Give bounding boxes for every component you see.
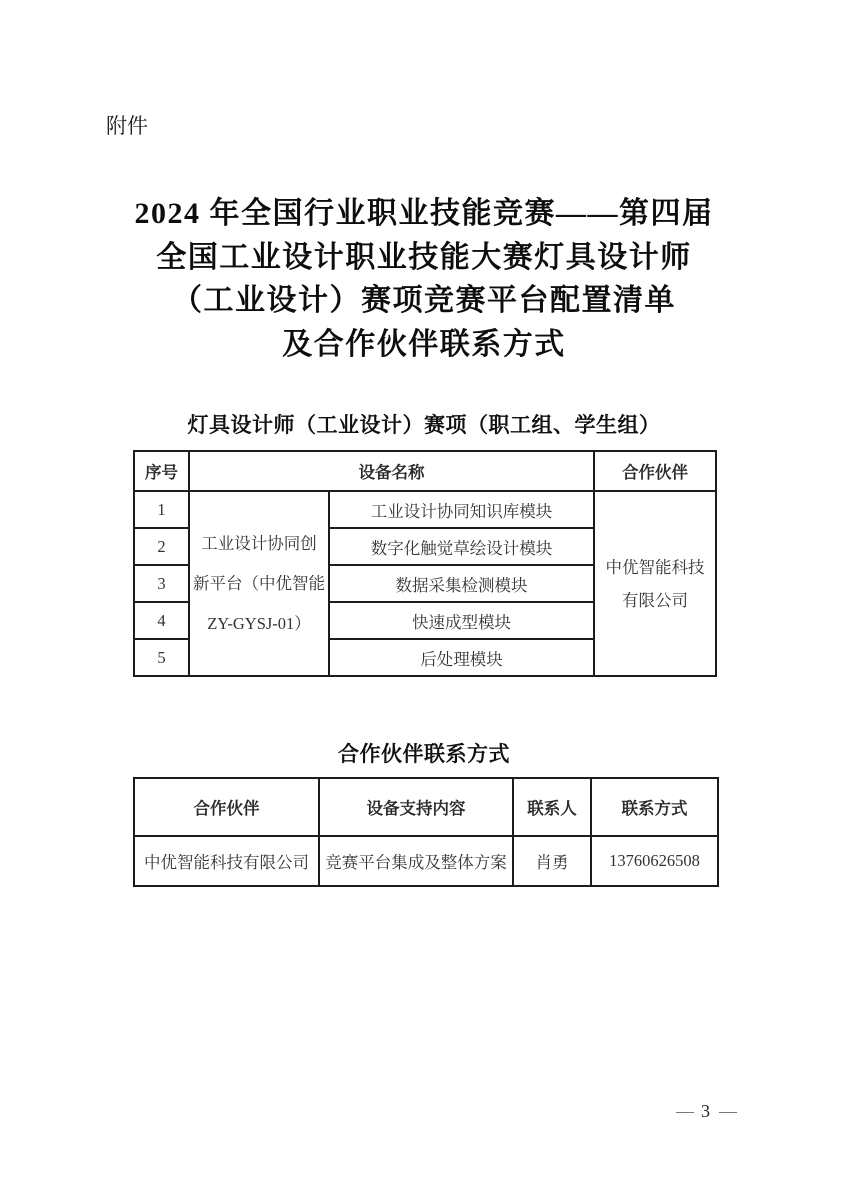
module-cell: 数据采集检测模块 [329, 565, 594, 602]
contact-person-cell: 肖勇 [513, 836, 591, 886]
header-cell-contact-person: 联系人 [513, 778, 591, 836]
contact-table-caption: 合作伙伴联系方式 [0, 738, 848, 768]
support-content-cell: 竞赛平台集成及整体方案 [319, 836, 513, 886]
attachment-label: 附件 [106, 110, 148, 140]
module-cell: 数字化触觉草绘设计模块 [329, 528, 594, 565]
equipment-table-header-row: 序号 设备名称 合作伙伴 [134, 451, 716, 491]
row-number-cell: 3 [134, 565, 189, 602]
page-number-left-dash: — [676, 1101, 692, 1122]
platform-line-1: 工业设计协同创 [192, 524, 326, 564]
partner-line-2: 有限公司 [597, 584, 713, 617]
header-cell-support: 设备支持内容 [319, 778, 513, 836]
row-number-cell: 4 [134, 602, 189, 639]
platform-line-3: ZY-GYSJ-01） [192, 604, 326, 644]
row-number-cell: 5 [134, 639, 189, 676]
document-title: 2024 年全国行业职业技能竞赛——第四届 全国工业设计职业技能大赛灯具设计师 … [0, 192, 848, 366]
platform-cell: 工业设计协同创 新平台（中优智能 ZY-GYSJ-01） [189, 491, 329, 676]
module-cell: 快速成型模块 [329, 602, 594, 639]
header-cell-no: 序号 [134, 451, 189, 491]
table-row: 1 工业设计协同创 新平台（中优智能 ZY-GYSJ-01） 工业设计协同知识库… [134, 491, 716, 528]
partner-line-1: 中优智能科技 [597, 551, 713, 584]
page-number: — 3 — [676, 1101, 735, 1122]
equipment-table: 序号 设备名称 合作伙伴 1 工业设计协同创 新平台（中优智能 ZY-GYSJ-… [133, 450, 717, 677]
header-cell-partner: 合作伙伴 [134, 778, 319, 836]
header-cell-partner: 合作伙伴 [594, 451, 716, 491]
module-cell: 后处理模块 [329, 639, 594, 676]
header-cell-contact-method: 联系方式 [591, 778, 718, 836]
page-number-value: 3 [701, 1101, 710, 1122]
title-line-4: 及合作伙伴联系方式 [0, 323, 848, 367]
page-number-right-dash: — [719, 1101, 735, 1122]
partner-cell: 中优智能科技 有限公司 [594, 491, 716, 676]
equipment-table-caption: 灯具设计师（工业设计）赛项（职工组、学生组） [0, 409, 848, 439]
module-cell: 工业设计协同知识库模块 [329, 491, 594, 528]
partner-name-cell: 中优智能科技有限公司 [134, 836, 319, 886]
contact-phone-cell: 13760626508 [591, 836, 718, 886]
contact-table-header-row: 合作伙伴 设备支持内容 联系人 联系方式 [134, 778, 718, 836]
contact-table: 合作伙伴 设备支持内容 联系人 联系方式 中优智能科技有限公司 竞赛平台集成及整… [133, 777, 719, 887]
title-line-3: （工业设计）赛项竞赛平台配置清单 [0, 279, 848, 323]
platform-line-2: 新平台（中优智能 [192, 564, 326, 604]
document-page: 附件 2024 年全国行业职业技能竞赛——第四届 全国工业设计职业技能大赛灯具设… [0, 0, 848, 1200]
header-cell-device-name: 设备名称 [189, 451, 594, 491]
table-row: 中优智能科技有限公司 竞赛平台集成及整体方案 肖勇 13760626508 [134, 836, 718, 886]
row-number-cell: 2 [134, 528, 189, 565]
row-number-cell: 1 [134, 491, 189, 528]
title-line-1: 2024 年全国行业职业技能竞赛——第四届 [0, 192, 848, 236]
title-line-2: 全国工业设计职业技能大赛灯具设计师 [0, 236, 848, 280]
